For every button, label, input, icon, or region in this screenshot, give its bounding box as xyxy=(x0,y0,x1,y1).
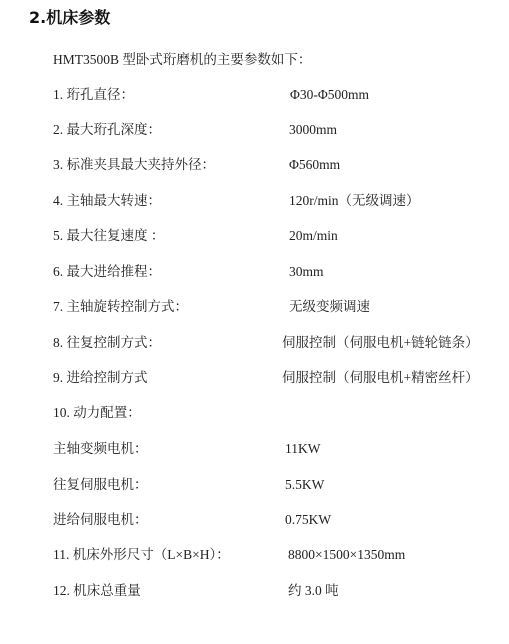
param-row-power-config: 10. 动力配置： xyxy=(53,403,493,423)
param-value: 约 3.0 吨 xyxy=(288,581,339,601)
param-value: 120r/min（无级调速） xyxy=(289,191,420,211)
param-value: 无级变频调速 xyxy=(289,297,370,317)
param-label: 7. 主轴旋转控制方式： xyxy=(53,297,188,317)
param-label: 9. 进给控制方式 xyxy=(53,368,148,388)
param-row-reciprocating-speed: 5. 最大往复速度 ： 20m/min xyxy=(53,226,493,246)
param-label: 往复伺服电机： xyxy=(53,475,148,495)
param-row-clamp-diameter: 3. 标准夹具最大夹持外径： Φ560mm xyxy=(53,155,493,175)
param-value: Φ30-Φ500mm xyxy=(290,85,369,105)
param-row-bore-diameter: 1. 珩孔直径： Φ30-Φ500mm xyxy=(53,85,493,105)
param-row-feed-stroke: 6. 最大进给推程： 30mm xyxy=(53,262,493,282)
param-value: 20m/min xyxy=(289,226,338,246)
param-row-spindle-motor: 主轴变频电机： 11KW xyxy=(53,439,493,459)
param-label: 12. 机床总重量 xyxy=(53,581,141,601)
param-value: 5.5KW xyxy=(285,475,324,495)
param-value: 3000mm xyxy=(289,120,337,140)
param-label: 主轴变频电机： xyxy=(53,439,148,459)
param-label: 进给伺服电机： xyxy=(53,510,148,530)
param-label: 3. 标准夹具最大夹持外径： xyxy=(53,155,215,175)
param-row-spindle-control: 7. 主轴旋转控制方式： 无级变频调速 xyxy=(53,297,493,317)
param-row-reciprocating-control: 8. 往复控制方式： 伺服控制（伺服电机+链轮链条） xyxy=(53,333,493,353)
param-value: 伺服控制（伺服电机+链轮链条） xyxy=(282,333,479,353)
param-row-feed-motor: 进给伺服电机： 0.75KW xyxy=(53,510,493,530)
param-label: 1. 珩孔直径： xyxy=(53,85,134,105)
param-row-dimensions: 11. 机床外形尺寸（L×B×H）： 8800×1500×1350mm xyxy=(53,545,493,565)
intro-text: HMT3500B 型卧式珩磨机的主要参数如下： xyxy=(53,50,311,70)
param-row-spindle-speed: 4. 主轴最大转速： 120r/min（无级调速） xyxy=(53,191,493,211)
param-label: 6. 最大进给推程： xyxy=(53,262,161,282)
param-label: 2. 最大珩孔深度： xyxy=(53,120,161,140)
param-label: 5. 最大往复速度 ： xyxy=(53,226,164,246)
param-row-max-depth: 2. 最大珩孔深度： 3000mm xyxy=(53,120,493,140)
param-value: 伺服控制（伺服电机+精密丝杆） xyxy=(282,368,479,388)
param-row-reciprocating-motor: 往复伺服电机： 5.5KW xyxy=(53,475,493,495)
param-value: 11KW xyxy=(285,439,321,459)
param-value: 8800×1500×1350mm xyxy=(288,545,405,565)
param-value: 0.75KW xyxy=(285,510,331,530)
param-row-feed-control: 9. 进给控制方式 伺服控制（伺服电机+精密丝杆） xyxy=(53,368,493,388)
param-label: 8. 往复控制方式： xyxy=(53,333,161,353)
param-label: 11. 机床外形尺寸（L×B×H）： xyxy=(53,545,230,565)
param-label: 4. 主轴最大转速： xyxy=(53,191,161,211)
param-value: 30mm xyxy=(289,262,324,282)
param-value: Φ560mm xyxy=(289,155,340,175)
param-label: 10. 动力配置： xyxy=(53,403,141,423)
section-heading: 2.机床参数 xyxy=(29,6,110,30)
param-row-total-weight: 12. 机床总重量 约 3.0 吨 xyxy=(53,581,493,601)
